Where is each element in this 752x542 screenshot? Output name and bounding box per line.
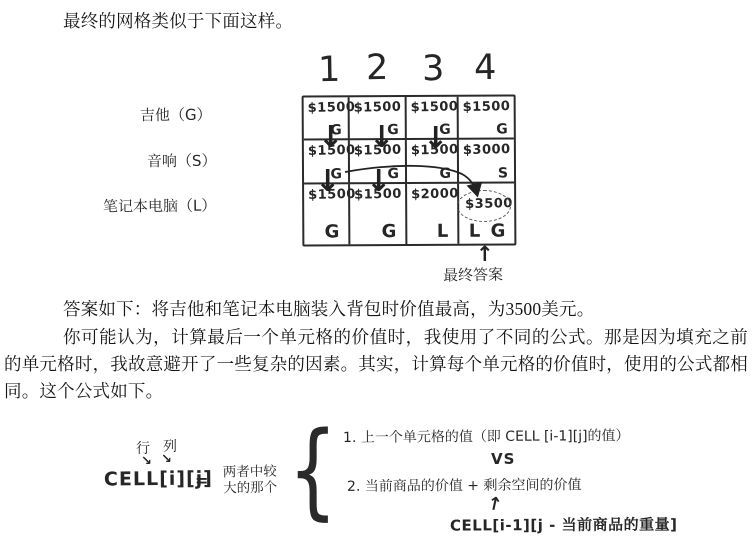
cell-value: $1500: [463, 99, 511, 115]
formula-option-2: 2. 当前商品的价值 + 剩余空间的价值: [347, 474, 582, 496]
down-arrow-icon: ↓: [318, 121, 343, 155]
column-header-1: 1: [318, 50, 341, 90]
cell-items: G: [324, 221, 341, 242]
final-answer-label: 最终答案: [443, 263, 503, 285]
up-arrow-icon: ↑: [476, 242, 494, 266]
final-answer-highlight: [457, 190, 511, 222]
pointer-down-icon: ↘: [161, 452, 172, 467]
cell-value: $1500: [308, 100, 356, 116]
vs-label: VS: [491, 450, 515, 468]
cell-value: $1500: [411, 99, 459, 115]
pointer-up-icon: ↑: [485, 493, 504, 517]
pointer-down-icon: ↘: [141, 454, 152, 469]
cell-items: G: [496, 121, 508, 137]
cell-items: S: [498, 165, 508, 181]
sub-expression: CELL[i-1][j - 当前商品的重量]: [450, 513, 678, 535]
column-header-4: 4: [474, 48, 497, 88]
grid-cell-r1c4: $1500G: [459, 96, 514, 139]
cell-items: G: [439, 166, 451, 182]
down-arrow-icon: ↓: [315, 165, 340, 199]
book-page: { "page": { "intro_line": "最终的网格类似于下面这样。…: [0, 0, 752, 542]
grid-cell-r2c4: $3000S: [459, 139, 514, 183]
cell-value: $3000: [463, 142, 511, 158]
row-label-stereo: 音响（S）: [147, 150, 217, 172]
column-header-2: 2: [366, 48, 389, 88]
row-label-guitar: 吉他（G）: [140, 104, 212, 126]
cell-items: L: [437, 221, 451, 242]
cell-value: $2000: [411, 186, 459, 202]
equals-sign: =: [195, 471, 208, 490]
max-label: 两者中较 大的那个: [223, 464, 278, 497]
down-arrow-icon: ↓: [369, 121, 394, 155]
cell-items: G: [381, 221, 398, 242]
cell-items: L G: [469, 220, 508, 241]
answer-paragraph: 答案如下：将吉他和笔记本电脑装入背包时价值最高，为3500美元。: [4, 296, 748, 323]
column-header-3: 3: [422, 49, 445, 89]
max-label-line1: 两者中较: [223, 464, 277, 481]
cell-value: $1500: [354, 100, 402, 116]
explanation-paragraph: 你可能认为，计算最后一个单元格的价值时，我使用了不同的公式。那是因为填充之前的单…: [4, 324, 748, 405]
knapsack-grid-figure: 1 2 3 4 吉他（G） 音响（S） 笔记本电脑（L） $1500G $150…: [0, 0, 752, 300]
row-label-laptop: 笔记本电脑（L）: [103, 195, 217, 217]
grid-cell-r3c3: $2000L: [407, 184, 459, 244]
cell-formula-figure: 行 列 ↘ ↘ CELL[i][j] = 两者中较 大的那个 { 1. 上一个单…: [0, 410, 752, 542]
brace-icon: {: [288, 418, 338, 522]
formula-option-1: 1. 上一个单元格的值（即 CELL [i-1][j]的值）: [343, 425, 630, 447]
down-arrow-icon: ↓: [423, 122, 448, 156]
max-label-line2: 大的那个: [223, 480, 277, 497]
down-arrow-icon: ↓: [366, 165, 391, 199]
